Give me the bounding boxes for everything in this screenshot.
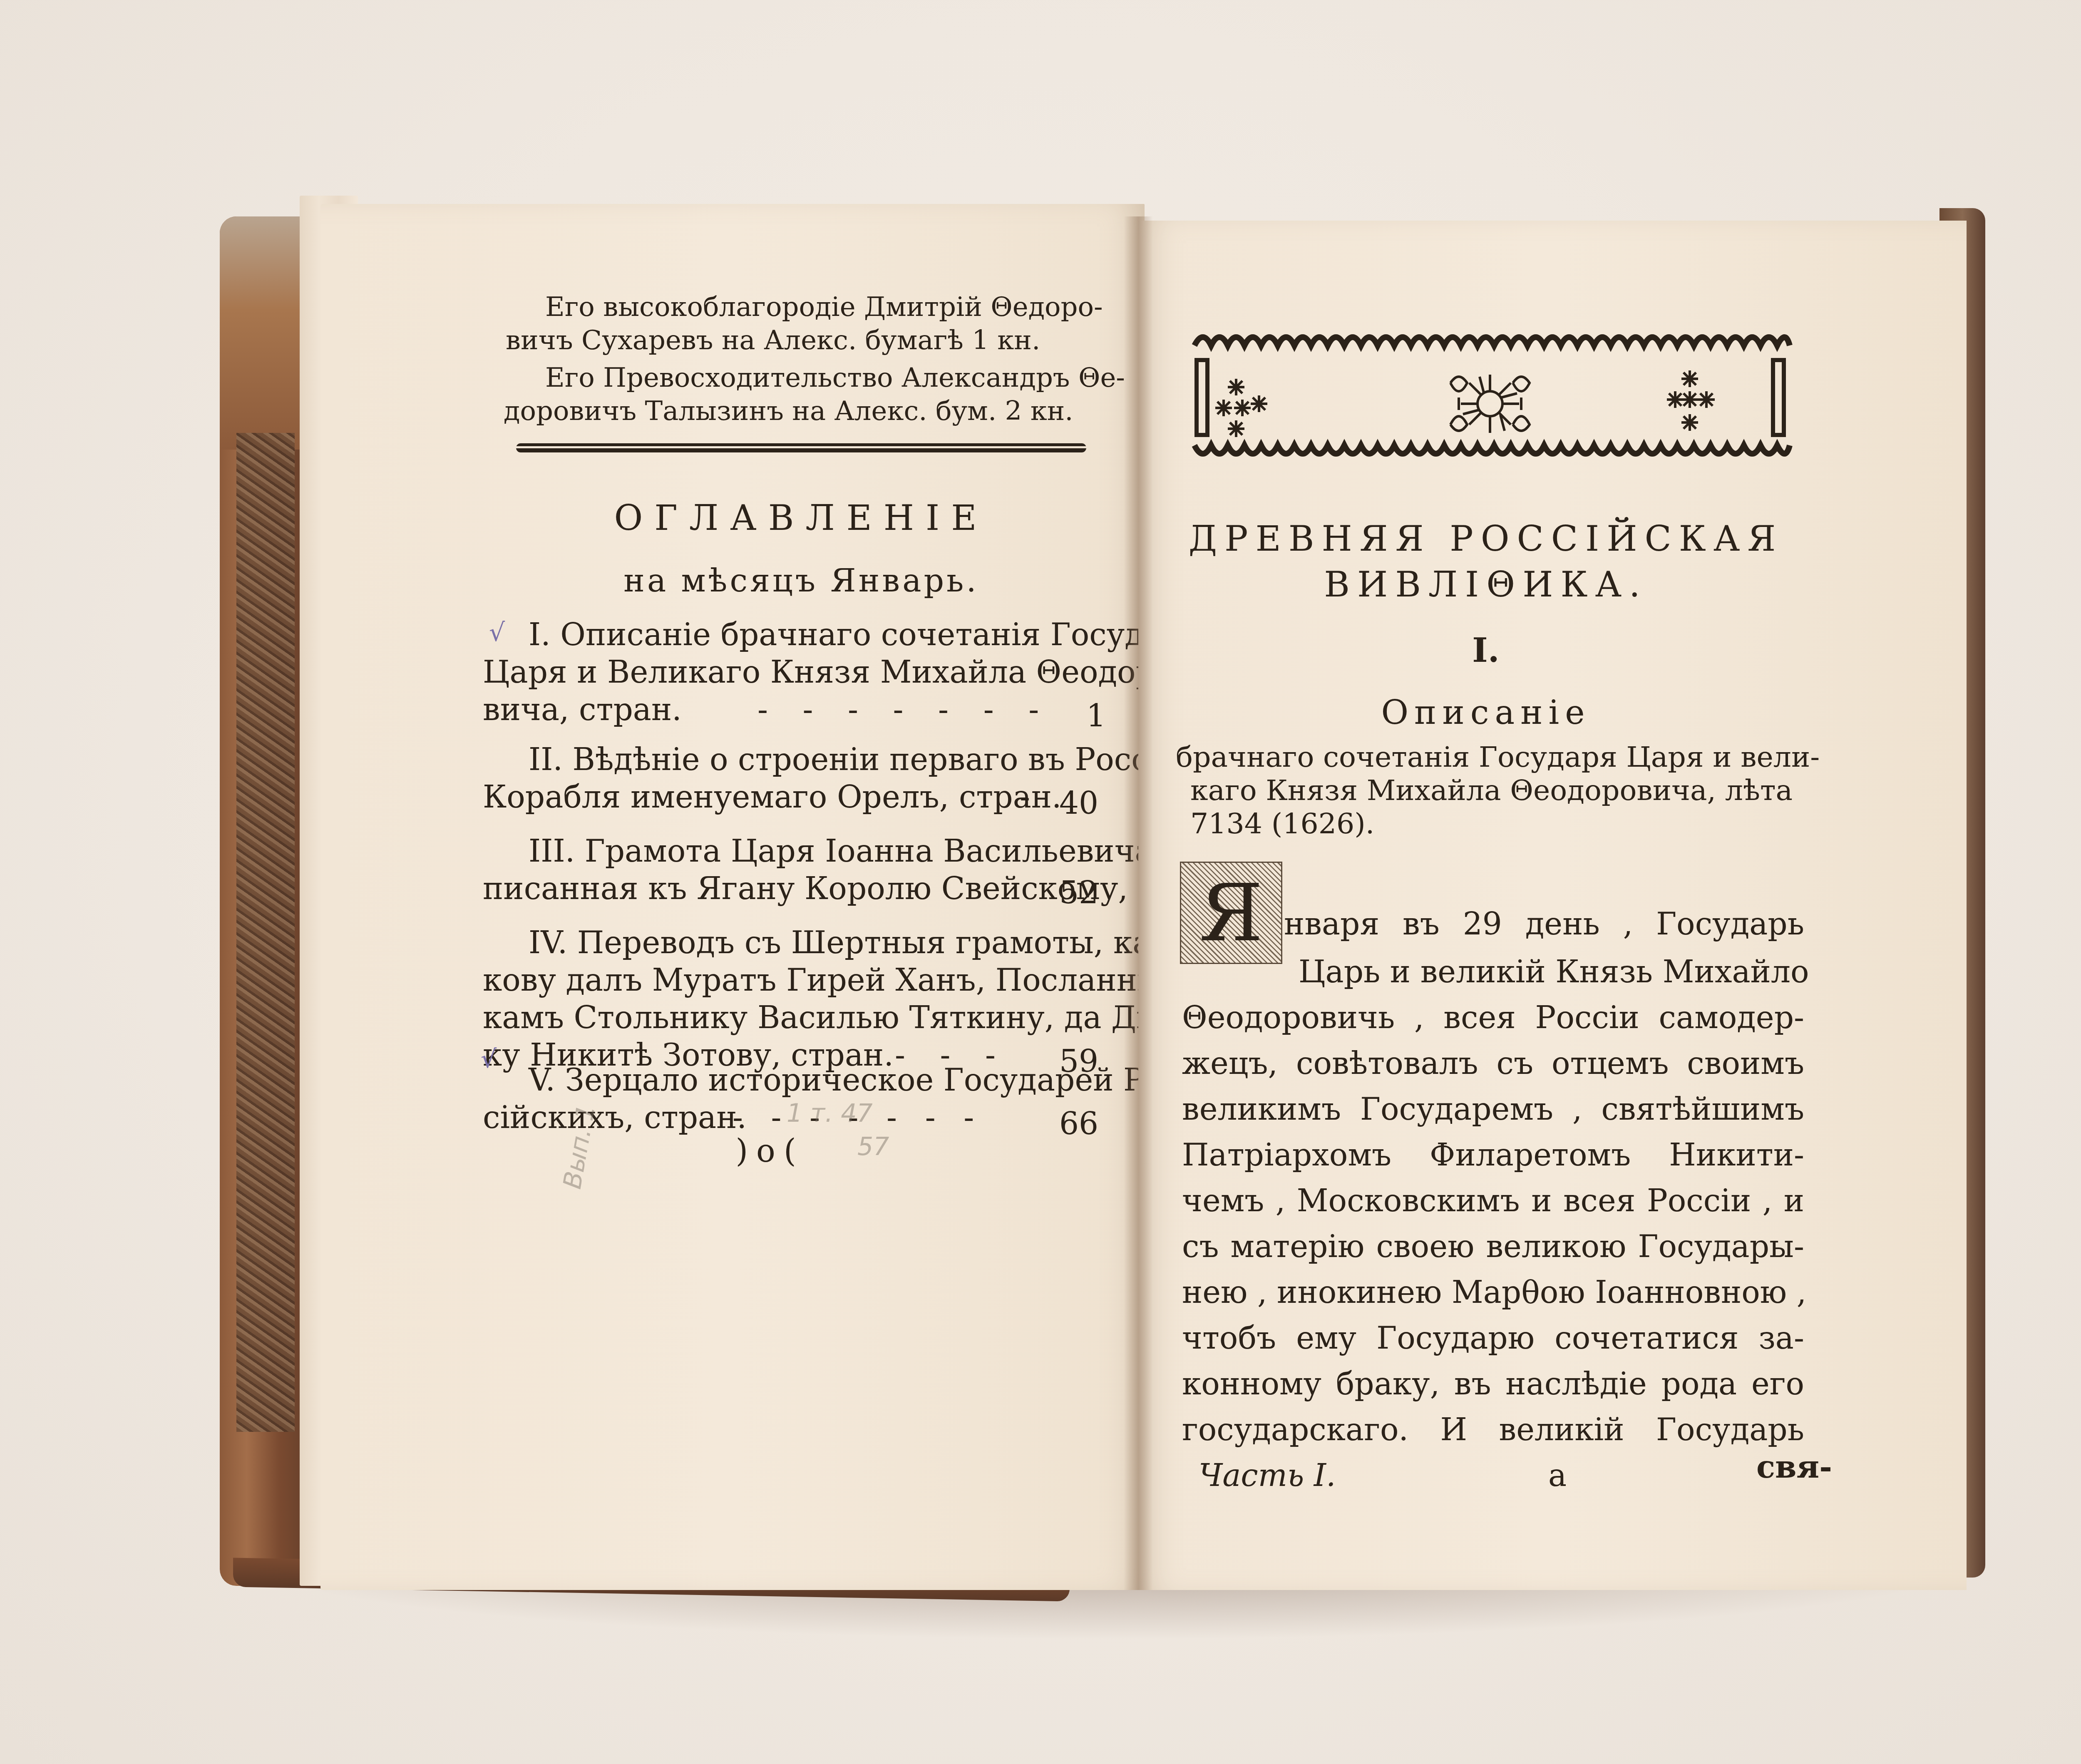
body-text-line: государскаго. И великій Государь (1182, 1407, 1804, 1453)
book-gutter (1124, 216, 1153, 1590)
pencil-annotation: 57 (857, 1132, 889, 1161)
section-number: I. (1182, 631, 1790, 670)
subscriber-line: Его Превосходительство Александръ Θе- (545, 362, 1125, 394)
pencil-check-mark: √ (481, 1045, 497, 1074)
subscriber-line: Его высокоблагородіе Дмитрій Θедоро- (545, 291, 1103, 323)
decorated-initial: Я (1180, 862, 1282, 964)
page-number: 66 (1059, 1101, 1098, 1147)
body-text-line: Θеодоровичь , всея Россіи самодер- (1182, 995, 1804, 1041)
body-text-line: великимъ Государемъ , святѣйшимъ (1182, 1086, 1804, 1132)
dot-leader: - - - - - - - (757, 687, 1051, 733)
pencil-check-mark: √ (489, 618, 505, 647)
sunburst (1461, 375, 1519, 433)
body-text-line: жецъ, совѣтовалъ съ отцемъ своимъ (1182, 1041, 1804, 1086)
ornament-border-bottom (1194, 445, 1790, 454)
body-text-line: нваря въ 29 день , Государь (1284, 901, 1804, 947)
marbled-board (236, 433, 295, 1432)
body-text-line: Патріархомъ Филаретомъ Никити- (1182, 1132, 1804, 1178)
contents-subtitle: на мѣсяцъ Январь. (516, 562, 1086, 599)
book-title-line-2: ВИВЛІΘИКА. (1182, 564, 1790, 605)
part-label: Часть I. (1199, 1453, 1336, 1498)
double-rule-divider (516, 443, 1086, 452)
dot-leader: - (1020, 774, 1030, 820)
contents-entry-line: вича, стран. (483, 687, 682, 733)
subscriber-line: вичъ Сухаревъ на Алекс. бумагѣ 1 кн. (506, 325, 1040, 356)
section-heading: Описаніе (1182, 693, 1790, 732)
contents-title: ОГЛАВЛЕНІЕ (516, 497, 1086, 538)
pencil-annotation: 1 т. 47 (787, 1099, 873, 1128)
page-number: 1 (1086, 693, 1106, 739)
body-text-line: Царь и великій Князь Михайло (1299, 949, 1804, 995)
contents-entry-line: сійскихъ, стран. (483, 1095, 747, 1140)
body-text-line: съ матерію своею великою Государы- (1182, 1224, 1804, 1270)
ornament-border-top (1194, 337, 1790, 345)
section-subheading-line: 7134 (1626). (1190, 807, 1374, 840)
book-title-line-1: ДРЕВНЯЯ РОССІЙСКАЯ (1182, 518, 1790, 559)
page-number: 52 (1059, 870, 1098, 916)
subscriber-line: доровичъ Талызинъ на Алекс. бум. 2 кн. (504, 395, 1073, 427)
star-cluster-left (1215, 379, 1267, 437)
body-text-line: чтобъ ему Государю сочетатися за- (1182, 1315, 1804, 1361)
section-subheading-line: брачнаго сочетанія Государя Царя и вели- (1176, 741, 1788, 774)
star-cluster-right (1667, 370, 1715, 431)
body-text-line: нею , инокинею Марθою Іоанновною , (1182, 1270, 1804, 1315)
signature-mark: а (1548, 1453, 1567, 1498)
section-subheading-line: каго Князя Михайла Θеодоровича, лѣта (1190, 774, 1788, 807)
body-text-line: конному браку, въ наслѣдіе рода его (1182, 1361, 1804, 1407)
end-ornament: )o( (708, 1132, 832, 1169)
headpiece-ornament (1186, 321, 1794, 464)
body-text-line: чемъ , Московскимъ и всея Россіи , и (1182, 1178, 1804, 1224)
page-number: 40 (1059, 780, 1098, 826)
contents-entry-line: Корабля именуемаго Орелъ, стран. (483, 774, 1062, 820)
catchword: свя- (1756, 1444, 1832, 1490)
